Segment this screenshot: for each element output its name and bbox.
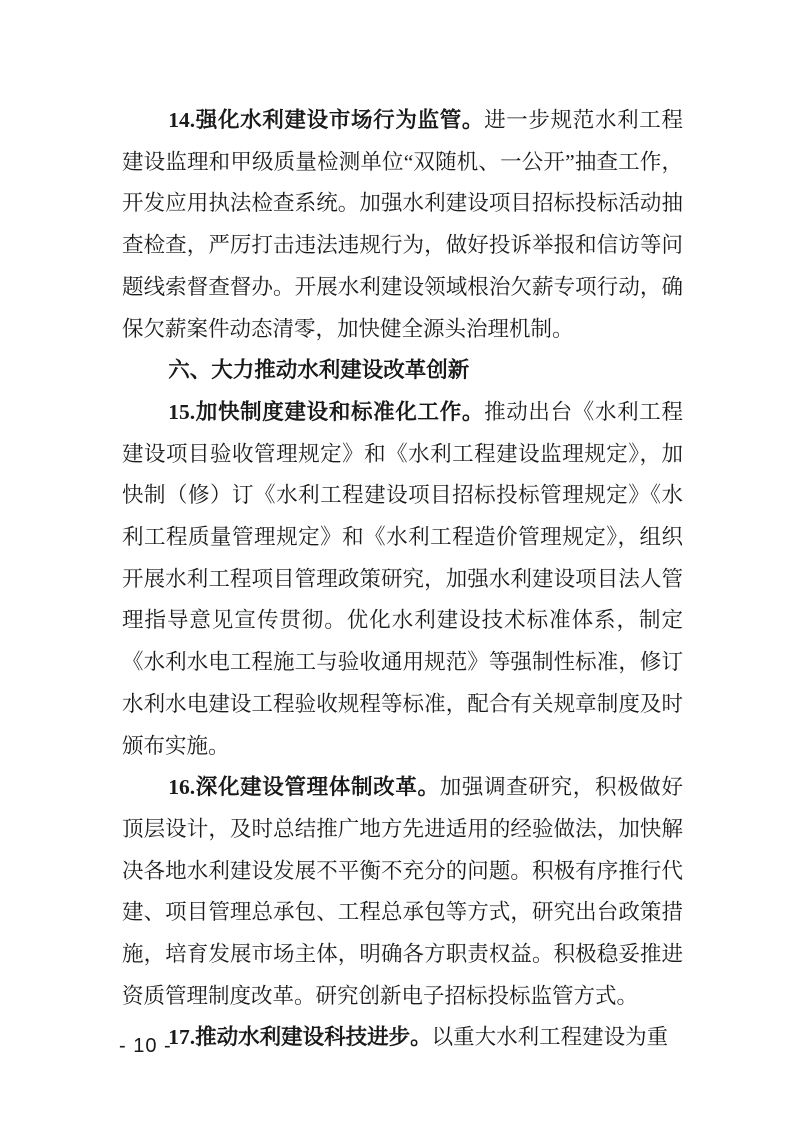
paragraph-14: 14.强化水利建设市场行为监管。进一步规范水利工程建设监理和甲级质量检测单位“双… — [122, 100, 683, 350]
paragraph-16: 16.深化建设管理体制改革。加强调查研究，积极做好顶层设计，及时总结推广地方先进… — [122, 767, 683, 1017]
paragraph-16-body: 加强调查研究，积极做好顶层设计，及时总结推广地方先进适用的经验做法，加快解决各地… — [122, 775, 683, 1008]
paragraph-14-body: 进一步规范水利工程建设监理和甲级质量检测单位“双随机、一公开”抽查工作，开发应用… — [122, 108, 683, 341]
paragraph-15: 15.加快制度建设和标准化工作。推动出台《水利工程建设项目验收管理规定》和《水利… — [122, 392, 683, 767]
page-number: - 10 - — [119, 1035, 172, 1058]
paragraph-15-lead: 15.加快制度建设和标准化工作。 — [168, 400, 484, 424]
paragraph-15-body: 推动出台《水利工程建设项目验收管理规定》和《水利工程建设监理规定》，加快制（修）… — [122, 400, 683, 758]
document-text-block: 14.强化水利建设市场行为监管。进一步规范水利工程建设监理和甲级质量检测单位“双… — [122, 100, 683, 1059]
paragraph-16-lead: 16.深化建设管理体制改革。 — [168, 775, 440, 799]
section-heading-6: 六、大力推动水利建设改革创新 — [122, 350, 683, 392]
paragraph-17-lead: 17.推动水利建设科技进步。 — [168, 1025, 431, 1049]
paragraph-17: 17.推动水利建设科技进步。以重大水利工程建设为重 — [122, 1017, 683, 1059]
paragraph-14-lead: 14.强化水利建设市场行为监管。 — [168, 108, 484, 132]
paragraph-17-body: 以重大水利工程建设为重 — [432, 1025, 669, 1049]
